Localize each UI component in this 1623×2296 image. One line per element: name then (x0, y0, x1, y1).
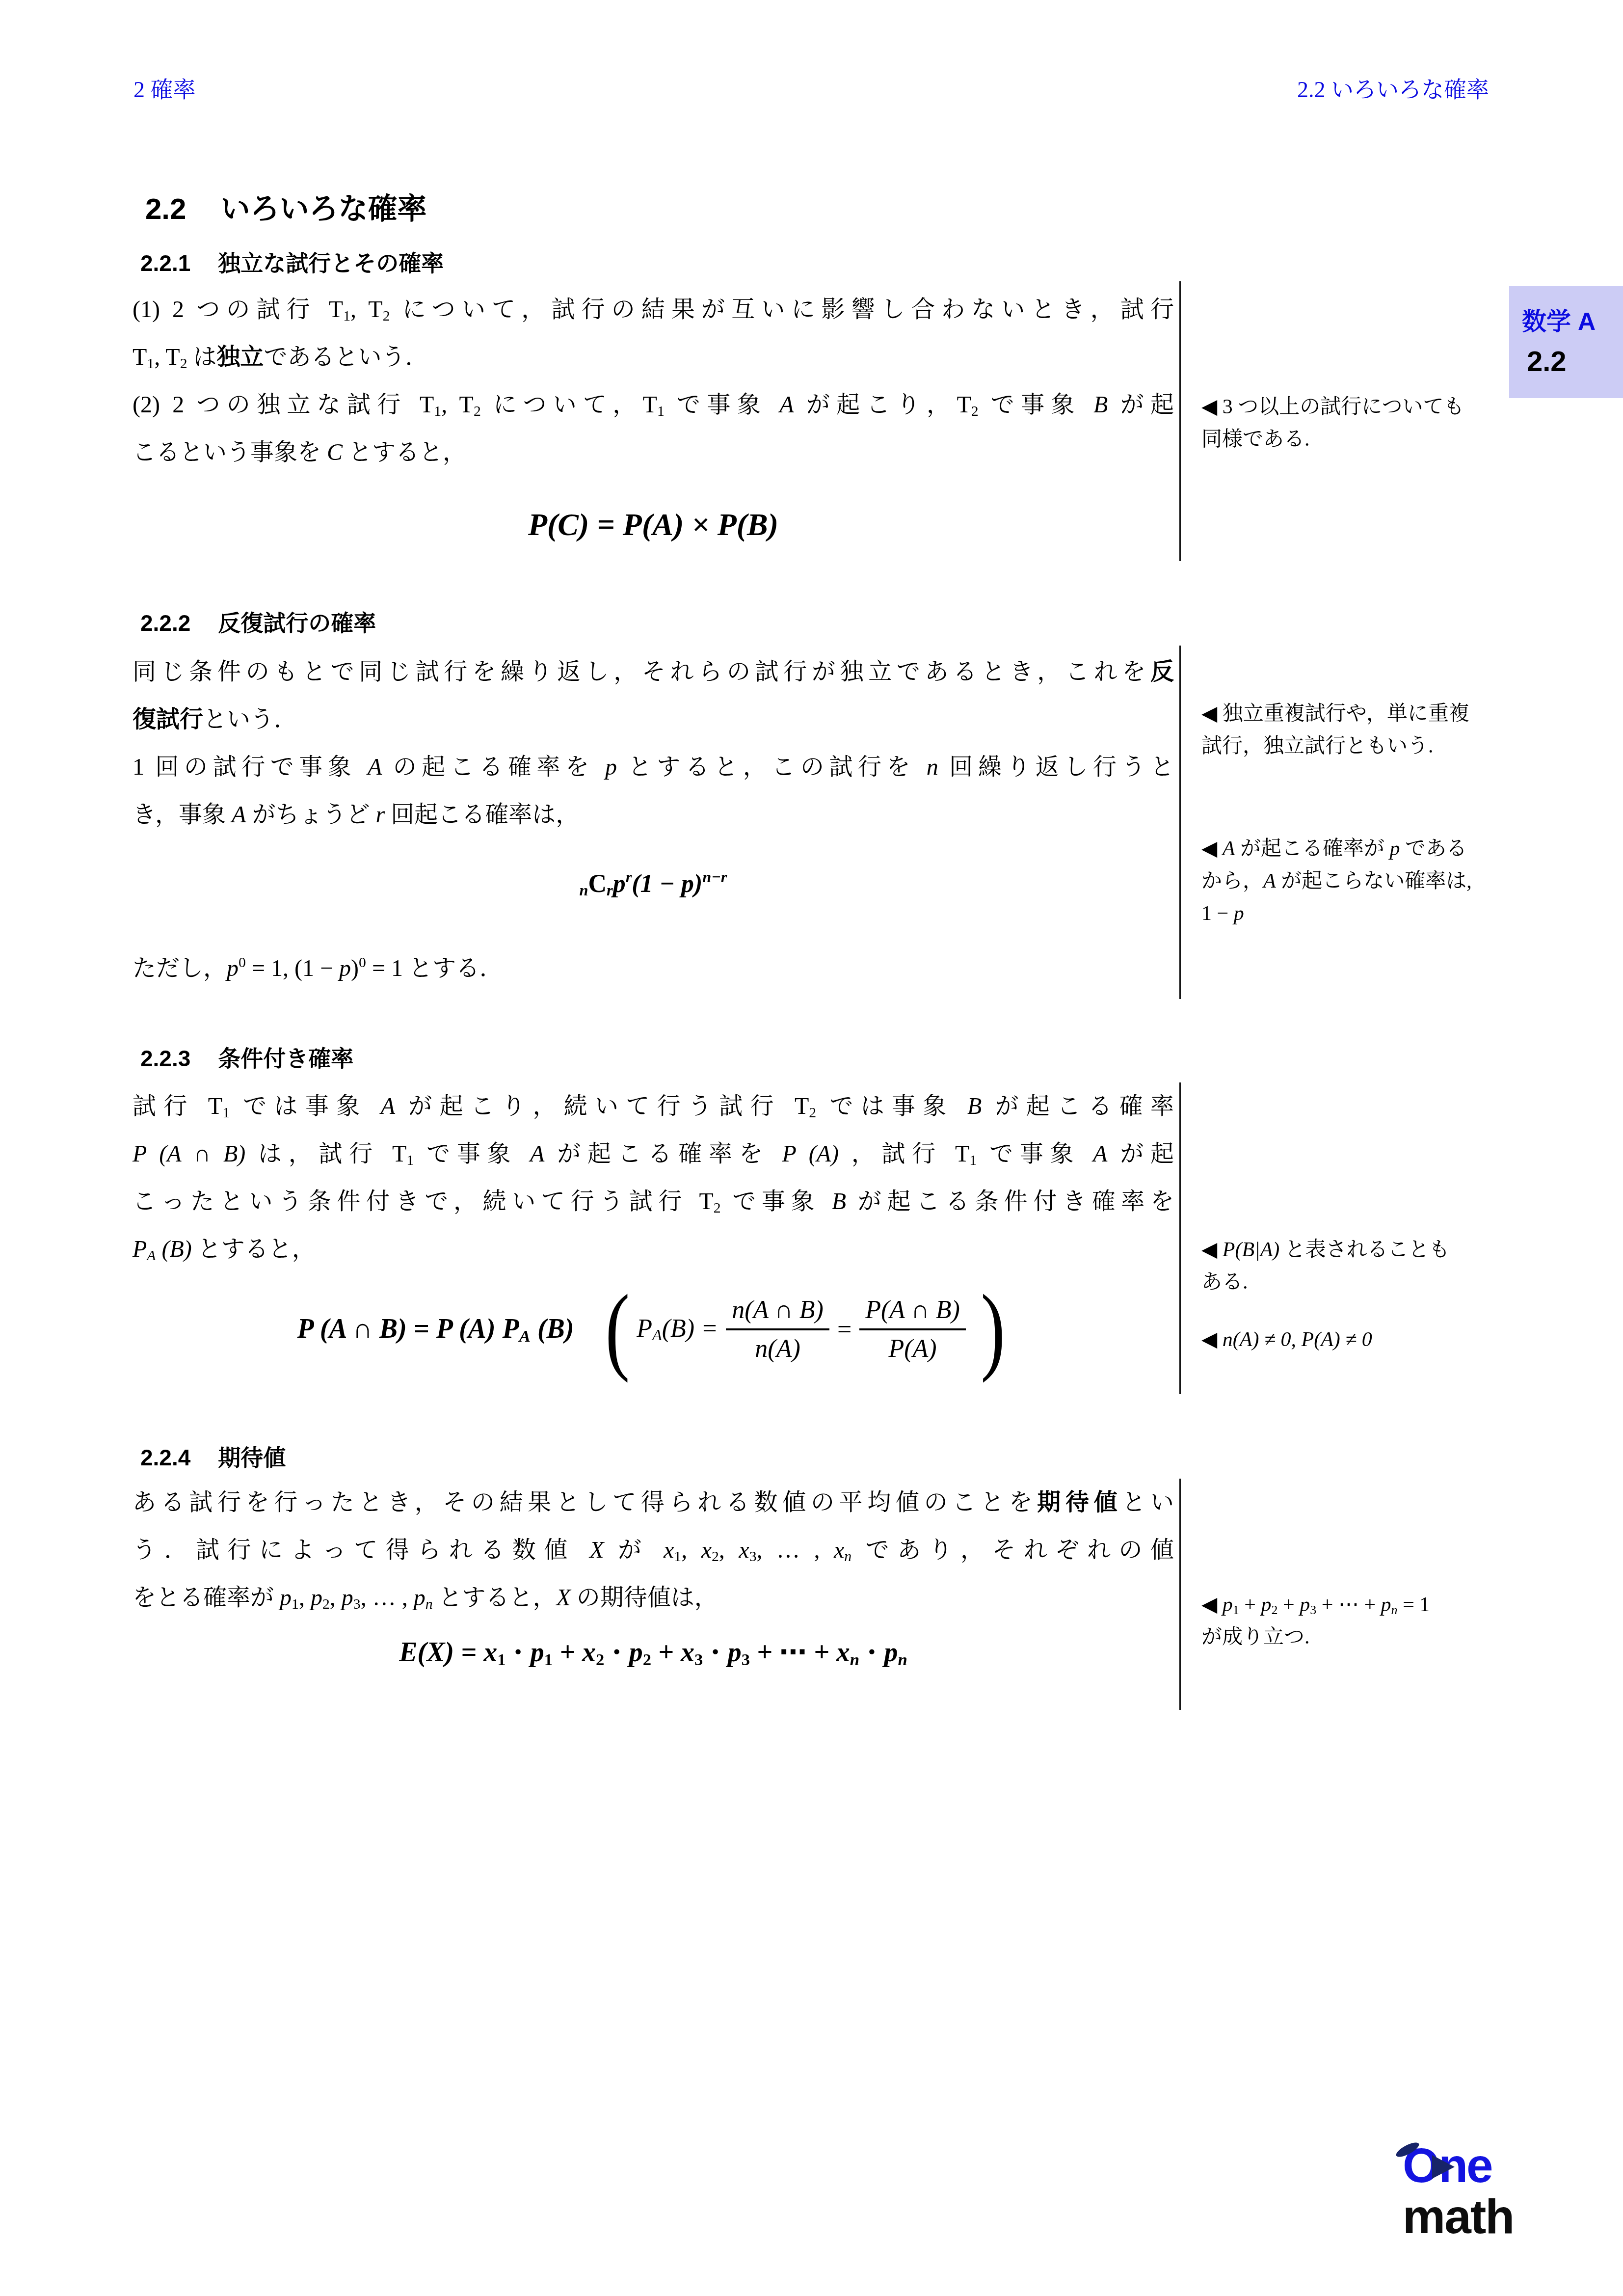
text-segment: + (1278, 1594, 1300, 1616)
text-line: (2) 2 つの独立な試行 T1, T2 について，T1 で事象 A が起こり，… (133, 381, 1174, 429)
text-segment: が起 (1107, 1141, 1174, 1167)
text-segment: 3 (694, 1650, 703, 1669)
text-segment: X (589, 1537, 604, 1563)
text-segment: + ⋯ + (1316, 1594, 1381, 1616)
text-line: き，事象 A がちょうど r 回起こる確率は， (133, 791, 1174, 838)
text-segment: という． (203, 706, 297, 732)
text-segment: こるという事象を (133, 439, 327, 465)
note-line: ◀ 3 つ以上の試行についても (1201, 391, 1511, 423)
text-segment: 1 (406, 1152, 414, 1168)
formula-condition-note: ただし，p0 = 1, (1 − p)0 = 1 とする． (133, 939, 503, 992)
text-segment: P(B|A) (1223, 1239, 1279, 1261)
side-note: ◀ A が起こる確率が p である から，A が起こらない確率は, 1 − p (1201, 833, 1511, 930)
text-segment: 1 (1233, 1603, 1239, 1617)
text-segment: こったという条件付きで，続いて行う試行 T (133, 1189, 714, 1215)
text-segment: P (A ∩ B) (133, 1141, 245, 1167)
text-segment: 1 回の試行で事象 (133, 754, 368, 780)
page-title: 2.2いろいろな確率 (145, 186, 426, 228)
math-badge: 数学 A 2.2 (1509, 286, 1623, 398)
text-segment: 2 (714, 1200, 721, 1216)
text-segment: 2 (322, 1596, 330, 1612)
text-segment: , (681, 1537, 701, 1563)
text-segment: ◀ (1201, 1594, 1223, 1616)
text-segment: が起 (1108, 392, 1174, 418)
text-segment: A (519, 1326, 531, 1345)
note-line: ◀ P(B|A) と表されることも (1201, 1234, 1511, 1266)
equals-sign: = (837, 1315, 851, 1344)
text-segment: で事象 (979, 392, 1093, 418)
text-segment: 回起こる確率は， (385, 802, 579, 828)
publisher-logo: One math (1403, 2141, 1514, 2241)
text-segment: で事象 (977, 1141, 1093, 1167)
play-triangle-icon (1432, 2155, 1455, 2179)
text-segment: C (327, 439, 343, 465)
text-segment: とすると，この試行を (617, 754, 927, 780)
text-segment: A (381, 1093, 395, 1119)
text-segment: A (1263, 870, 1276, 892)
text-segment: が起こり，続いて行う試行 T (395, 1093, 809, 1119)
text-segment: n (927, 754, 938, 780)
logo-one: One (1403, 2141, 1514, 2189)
text-segment: 試行，独立試行ともいう. (1201, 735, 1434, 757)
text-segment: 1 (343, 308, 350, 324)
text-segment: p (1381, 1594, 1391, 1616)
text-segment: 2 (474, 403, 481, 419)
text-segment: p (1234, 902, 1244, 925)
text-segment: p (227, 955, 239, 981)
text-line: PA (B) とすると， (133, 1225, 1174, 1273)
section-heading-number: 2.2.3 (140, 1046, 190, 1071)
text-segment: 1 (434, 403, 441, 419)
text-segment: が起こる確率を (544, 1141, 782, 1167)
text-segment: が起こり，T (794, 392, 971, 418)
text-line: をとる確率が p1, p2, p3, … , pn とすると，X の期待値は， (133, 1574, 1174, 1621)
text-segment: であり，それぞれの値 (851, 1537, 1174, 1563)
margin-rule (1179, 646, 1181, 999)
fraction-denominator: n(A) (726, 1330, 829, 1363)
text-line: こったという条件付きで，続いて行う試行 T2 で事象 B が起こる条件付き確率を (133, 1178, 1174, 1225)
text-segment: 試行 T (133, 1093, 222, 1119)
text-segment: p (339, 955, 351, 981)
text-segment: (1 − p) (632, 870, 702, 898)
text-segment: E(X) = x (399, 1637, 497, 1668)
text-segment: 2 (971, 403, 979, 419)
text-segment: 1 (657, 403, 665, 419)
text-segment: で事象 (721, 1189, 832, 1215)
text-segment: 3 (1310, 1603, 1316, 1617)
text-segment: p (1223, 1594, 1233, 1616)
text-segment: r (626, 868, 632, 886)
text-line: 同じ条件のもとで同じ試行を繰り返し，それらの試行が独立であるとき，これを反 (133, 648, 1174, 696)
section-heading-title: 条件付き確率 (218, 1046, 353, 1071)
text-segment: n(A) ≠ 0, P(A) ≠ 0 (1223, 1328, 1372, 1351)
side-note: ◀ P(B|A) と表されることも ある. (1201, 1234, 1511, 1298)
text-segment: とすると， (433, 1585, 557, 1611)
text-segment: r (375, 802, 385, 828)
text-segment: 回繰り返し行うと (938, 754, 1174, 780)
text-segment: P (133, 1236, 147, 1262)
text-line: 1 回の試行で事象 A の起こる確率を p とすると，この試行を n 回繰り返し… (133, 743, 1174, 791)
text-segment: = 1 (1398, 1594, 1430, 1616)
text-segment: とすると， (192, 1236, 316, 1262)
text-segment: は (187, 344, 217, 370)
text-line: こるという事象を C とすると， (133, 429, 1174, 476)
text-segment: 復試行 (133, 706, 203, 732)
text-segment: ◀ (1201, 837, 1223, 860)
text-segment: , T (350, 297, 383, 323)
text-segment: ◀ (1201, 1239, 1223, 1261)
text-segment: 3 (742, 1650, 750, 1669)
text-segment: き，事象 (133, 802, 232, 828)
text-segment: 同様である. (1201, 428, 1310, 451)
text-segment: である (1400, 837, 1467, 860)
text-segment: 2 (712, 1548, 719, 1565)
text-segment: 3 (749, 1548, 757, 1565)
text-segment: 1 (222, 1105, 230, 1121)
text-segment: A (1223, 837, 1235, 860)
formula-repeated-trials: nCrpr(1 − p)n−r (133, 868, 1174, 899)
text-segment: が起こる確率 (982, 1093, 1174, 1119)
page-title-text: いろいろな確率 (220, 192, 426, 225)
text-segment: 0 (239, 954, 246, 971)
side-note: ◀ 3 つ以上の試行についても 同様である. (1201, 391, 1511, 456)
text-segment: 0 (359, 954, 366, 971)
text-segment: 1 (969, 1152, 977, 1168)
page-header: 2 確率 2.2 いろいろな確率 (133, 72, 1489, 104)
text-segment: とすると， (343, 439, 466, 465)
badge-section-number: 2.2 (1527, 345, 1623, 378)
text-segment: A (652, 1326, 662, 1344)
text-segment: n (580, 881, 588, 899)
formula-inner-lhs: PA(B) = (637, 1314, 718, 1344)
text-segment: ，試行 T (839, 1141, 969, 1167)
text-segment: 反 (1150, 659, 1174, 685)
text-segment: , (299, 1585, 311, 1611)
text-segment: p (1261, 1594, 1272, 1616)
text-segment: ⋅ p (859, 1637, 898, 1668)
big-paren-close: ) (981, 1285, 1005, 1374)
text-segment: A (368, 754, 382, 780)
text-segment: が起こらない確率は, (1276, 870, 1472, 892)
section-heading-221: 2.2.1独立な試行とその確率 (140, 245, 444, 278)
note-line: 同様である. (1201, 423, 1511, 456)
text-segment: x (701, 1537, 712, 1563)
text-line: (1) 2 つの試行 T1, T2 について，試行の結果が互いに影響し合わないと… (133, 286, 1174, 333)
text-segment: 3 (353, 1596, 361, 1612)
text-segment: r (607, 881, 613, 899)
big-paren-open: ( (605, 1285, 630, 1374)
text-segment: ⋅ p (604, 1637, 642, 1668)
text-segment: の起こる確率を (382, 754, 605, 780)
section-heading-number: 2.2.2 (140, 610, 190, 636)
text-line: P (A ∩ B) は，試行 T1 で事象 A が起こる確率を P (A) ，試… (133, 1130, 1174, 1178)
section-heading-number: 2.2.1 (140, 250, 190, 276)
text-segment: 2 (596, 1650, 604, 1669)
margin-rule (1179, 1082, 1181, 1394)
text-segment: について，T (481, 392, 657, 418)
text-segment: 2 (643, 1650, 651, 1669)
text-segment: について，試行の結果が互いに影響し合わないとき，試行 (390, 297, 1174, 323)
text-segment: (B) (531, 1314, 574, 1344)
text-segment: = 1 とする． (366, 955, 503, 981)
text-segment: (2) 2 つの独立な試行 T (133, 392, 434, 418)
text-segment: p (311, 1585, 322, 1611)
side-note: ◀ p1 + p2 + p3 + ⋯ + pn = 1 が成り立つ. (1201, 1589, 1511, 1653)
text-segment: 1 (147, 355, 154, 372)
text-segment: が起こる確率が (1235, 837, 1389, 860)
text-segment: , T (154, 344, 180, 370)
paragraph-224: ある試行を行ったとき，その結果として得られる数値の平均値のことを期待値とい う．… (133, 1479, 1174, 1621)
badge-subject: 数学 A (1522, 302, 1623, 337)
text-segment: う．試行によって得られる数値 (133, 1537, 589, 1563)
text-segment: p (280, 1585, 292, 1611)
text-line: う．試行によって得られる数値 X が x1, x2, x3, … , xn であ… (133, 1526, 1174, 1574)
text-segment: n (850, 1650, 859, 1669)
text-segment: + x (651, 1637, 694, 1668)
text-segment: p (1300, 1594, 1310, 1616)
text-segment: 2 (180, 355, 187, 372)
text-segment: 2 (1272, 1603, 1278, 1617)
margin-rule (1179, 281, 1181, 561)
fraction-numerator: n(A ∩ B) (726, 1296, 829, 1330)
text-segment: , T (441, 392, 474, 418)
text-segment: とい (1122, 1489, 1174, 1515)
section-heading-number: 2.2.4 (140, 1445, 190, 1470)
text-segment: では事象 (230, 1093, 381, 1119)
text-segment: から， (1201, 870, 1263, 892)
text-segment: 独立 (217, 344, 264, 370)
text-segment: B (1093, 392, 1108, 418)
side-note: ◀ 独立重複試行や，単に重複 試行，独立試行ともいう. (1201, 698, 1511, 762)
paragraph-222: 同じ条件のもとで同じ試行を繰り返し，それらの試行が独立であるとき，これを反 復試… (133, 648, 1174, 838)
note-line: ◀ A が起こる確率が p である (1201, 833, 1511, 865)
text-segment: (B) = (662, 1315, 718, 1343)
text-segment: 期待値 (1037, 1489, 1122, 1515)
text-segment: x (664, 1537, 674, 1563)
section-heading-title: 独立な試行とその確率 (218, 250, 444, 276)
header-section-label: 2.2 いろいろな確率 (1297, 72, 1489, 104)
text-segment: が成り立つ. (1201, 1626, 1310, 1648)
fraction-numerator: P(A ∩ B) (859, 1296, 966, 1330)
note-line: が成り立つ. (1201, 1621, 1511, 1653)
formula-conditional-lhs: P (A ∩ B) = P (A) PA (B) (297, 1313, 574, 1346)
fraction-denominator: P(A) (859, 1330, 966, 1363)
formula-independent-events: P(C) = P(A) × P(B) (133, 507, 1174, 543)
text-segment: は，試行 T (245, 1141, 406, 1167)
text-segment: ◀ 独立重複試行や，単に重複 (1201, 702, 1469, 725)
section-heading-223: 2.2.3条件付き確率 (140, 1041, 353, 1073)
text-segment: n (898, 1650, 907, 1669)
text-segment: + ⋯ + x (750, 1637, 850, 1668)
text-segment: が起こる条件付き確率を (846, 1189, 1174, 1215)
text-segment: ⋅ p (506, 1637, 544, 1668)
text-segment: n−r (702, 868, 727, 886)
margin-rule (1179, 1479, 1181, 1710)
text-segment: で事象 (665, 392, 779, 418)
fraction-probability: P(A ∩ B) P(A) (859, 1296, 966, 1363)
text-segment: P (637, 1315, 652, 1343)
text-segment: T (133, 344, 147, 370)
text-segment: X (557, 1585, 571, 1611)
text-segment: をとる確率が (133, 1585, 280, 1611)
text-segment: (B) (156, 1236, 192, 1262)
text-segment: 同じ条件のもとで同じ試行を繰り返し，それらの試行が独立であるとき，これを (133, 659, 1150, 685)
text-line: T1, T2 は独立であるという． (133, 333, 1174, 381)
text-segment: A (147, 1247, 156, 1264)
text-segment: p (342, 1585, 353, 1611)
section-heading-title: 反復試行の確率 (218, 610, 376, 636)
text-segment: 2 (809, 1105, 816, 1121)
side-note: ◀ n(A) ≠ 0, P(A) ≠ 0 (1201, 1324, 1511, 1356)
text-segment: ただし， (133, 955, 227, 981)
note-line: 1 − p (1201, 897, 1511, 930)
text-segment: , (719, 1537, 739, 1563)
text-segment: P (A) (782, 1141, 839, 1167)
text-segment: n (844, 1548, 851, 1565)
text-segment: 2 (383, 308, 390, 324)
text-segment: , (330, 1585, 342, 1611)
text-segment: 1 (497, 1650, 506, 1669)
text-segment: (1) 2 つの試行 T (133, 297, 343, 323)
section-heading-222: 2.2.2反復試行の確率 (140, 605, 376, 638)
text-segment: A (1093, 1141, 1107, 1167)
text-segment: で事象 (414, 1141, 530, 1167)
text-segment: ◀ (1201, 1328, 1223, 1351)
paragraph-223: 試行 T1 では事象 A が起こり，続いて行う試行 T2 では事象 B が起こる… (133, 1082, 1174, 1273)
text-segment: A (779, 392, 794, 418)
text-segment: 1 (544, 1650, 553, 1669)
logo-math-text: math (1403, 2192, 1514, 2241)
formula-conditional-inner: PA(B) = n(A ∩ B) n(A) = P(A ∩ B) P(A) (637, 1296, 974, 1363)
text-segment: , … , (361, 1585, 414, 1611)
text-segment: x (834, 1537, 844, 1563)
text-segment: ある試行を行ったとき，その結果として得られる数値の平均値のことを (133, 1489, 1037, 1515)
text-segment: ) (351, 955, 359, 981)
text-segment: + x (553, 1637, 596, 1668)
text-line: ある試行を行ったとき，その結果として得られる数値の平均値のことを期待値とい (133, 1479, 1174, 1526)
text-segment: P (A ∩ B) = P (A) P (297, 1314, 519, 1344)
note-line: 試行，独立試行ともいう. (1201, 730, 1511, 762)
text-segment: p (414, 1585, 426, 1611)
text-line: 試行 T1 では事象 A が起こり，続いて行う試行 T2 では事象 B が起こる… (133, 1082, 1174, 1130)
text-segment: P(C) = P(A) × P(B) (528, 507, 778, 542)
header-chapter-label: 2 確率 (133, 72, 196, 104)
note-line: ある. (1201, 1266, 1511, 1298)
text-segment: であるという． (264, 344, 429, 370)
formula-expected-value: E(X) = x1 ⋅ p1 + x2 ⋅ p2 + x3 ⋅ p3 + ⋯ +… (133, 1636, 1174, 1670)
text-segment: ⋅ p (703, 1637, 741, 1668)
text-segment: と表されることも (1279, 1239, 1450, 1261)
text-segment: , … , (757, 1537, 834, 1563)
text-segment: n (426, 1596, 433, 1612)
text-segment: が (604, 1537, 664, 1563)
text-segment: p (1389, 837, 1400, 860)
text-segment: では事象 (816, 1093, 967, 1119)
text-line: 復試行という． (133, 696, 1174, 743)
text-segment: ある. (1201, 1271, 1248, 1294)
text-segment: 1 − (1201, 902, 1234, 925)
text-segment: ◀ 3 つ以上の試行についても (1201, 396, 1464, 418)
text-segment: A (530, 1141, 544, 1167)
text-segment: B (832, 1189, 846, 1215)
text-segment: がちょうど (246, 802, 375, 828)
text-segment: B (967, 1093, 982, 1119)
text-segment: p (605, 754, 617, 780)
note-line: ◀ n(A) ≠ 0, P(A) ≠ 0 (1201, 1324, 1511, 1356)
text-segment: C (588, 870, 607, 898)
note-line: ◀ 独立重複試行や，単に重複 (1201, 698, 1511, 730)
page-title-number: 2.2 (145, 192, 186, 225)
formula-conditional-probability: P (A ∩ B) = P (A) PA (B) ( PA(B) = n(A ∩… (133, 1285, 1174, 1374)
text-segment: n (1391, 1603, 1398, 1617)
text-segment: x (739, 1537, 749, 1563)
text-segment: 1 (674, 1548, 681, 1565)
text-segment: p (613, 870, 626, 898)
text-segment: = 1, (1 − (246, 955, 339, 981)
section-heading-224: 2.2.4期待値 (140, 1440, 286, 1472)
fraction-count: n(A ∩ B) n(A) (726, 1296, 829, 1363)
section-heading-title: 期待値 (218, 1445, 286, 1470)
note-line: ◀ p1 + p2 + p3 + ⋯ + pn = 1 (1201, 1589, 1511, 1621)
text-segment: の期待値は， (571, 1585, 718, 1611)
text-segment: + (1239, 1594, 1261, 1616)
text-segment: A (232, 802, 246, 828)
text-segment: 1 (292, 1596, 299, 1612)
paragraph-221: (1) 2 つの試行 T1, T2 について，試行の結果が互いに影響し合わないと… (133, 286, 1174, 476)
note-line: から，A が起こらない確率は, (1201, 865, 1511, 897)
